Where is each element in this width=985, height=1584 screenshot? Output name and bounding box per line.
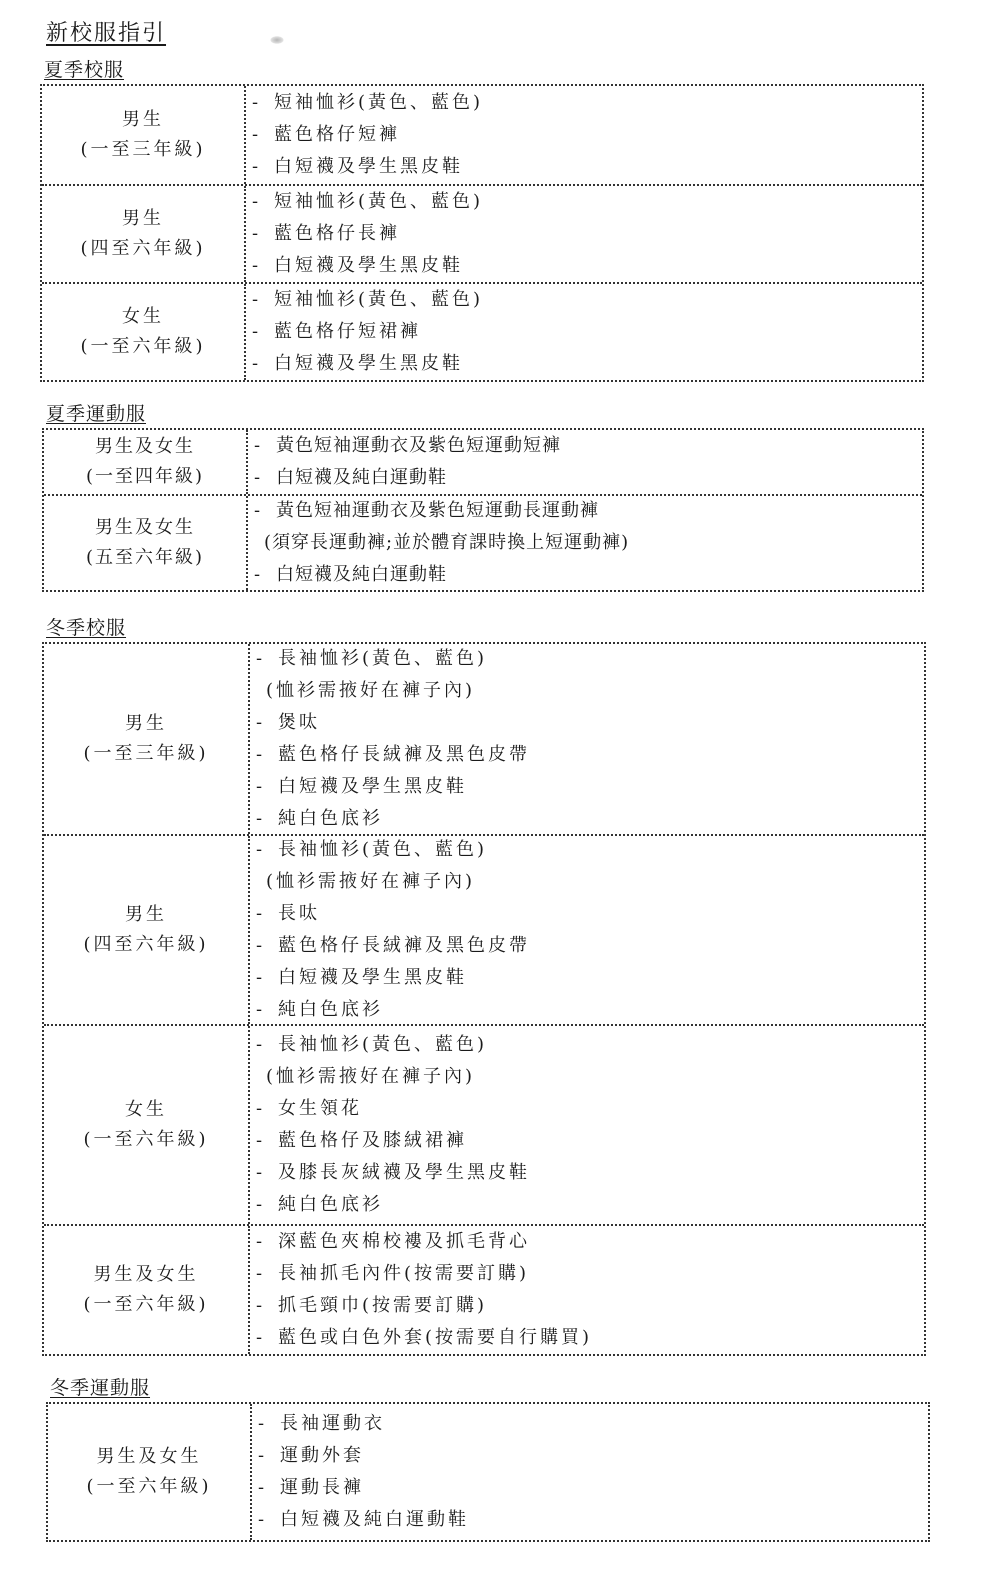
list-item: -長呔	[256, 898, 924, 930]
list-item: -及膝長灰絨襪及學生黑皮鞋	[256, 1157, 924, 1189]
group-label: 男生	[122, 105, 164, 135]
bullet-dash: -	[258, 1504, 280, 1536]
section-summer-sportswear: 夏季運動服 男生及女生 (一至四年級) -黃色短袖運動衣及紫色短運動短褲 -白短…	[42, 402, 924, 592]
bullet-dash: -	[254, 430, 276, 462]
group-cell: 男生 (四至六年級)	[42, 186, 246, 282]
bullet-dash: -	[256, 930, 278, 962]
grade-label: (一至六年級)	[83, 1290, 208, 1320]
group-cell: 男生及女生 (一至六年級)	[48, 1404, 252, 1540]
list-item: -藍色格仔及膝絨裙褲	[256, 1125, 924, 1157]
bullet-dash: -	[254, 559, 276, 591]
group-label: 女生	[122, 302, 164, 332]
bullet-dash: -	[258, 1440, 280, 1472]
section-winter-uniform: 冬季校服 男生 (一至三年級) -長袖恤衫(黃色、藍色) (恤衫需掖好在褲子內)…	[42, 616, 926, 1356]
table-row: 男生及女生 (一至六年級) -長袖運動衣 -運動外套 -運動長褲 -白短襪及純白…	[48, 1404, 928, 1540]
bullet-dash: -	[252, 151, 274, 183]
group-cell: 女生 (一至六年級)	[44, 1026, 250, 1224]
list-item: -白短襪及純白運動鞋	[258, 1504, 928, 1536]
group-label: 女生	[125, 1095, 167, 1125]
table-row: 男生 (一至三年級) -長袖恤衫(黃色、藍色) (恤衫需掖好在褲子內) -煲呔 …	[44, 644, 924, 834]
items-cell: -黃色短袖運動衣及紫色短運動長運動褲 (須穿長運動褲;並於體育課時換上短運動褲)…	[248, 496, 922, 590]
table-row: 男生 (四至六年級) -短袖恤衫(黃色、藍色) -藍色格仔長褲 -白短襪及學生黑…	[42, 184, 922, 282]
list-item: -抓毛頸巾(按需要訂購)	[256, 1290, 924, 1322]
note-text: (須穿長運動褲;並於體育課時換上短運動褲)	[254, 527, 922, 559]
bullet-dash: -	[252, 218, 274, 250]
section-title: 冬季校服	[46, 616, 926, 640]
section-title: 夏季運動服	[46, 402, 924, 426]
bullet-dash: -	[252, 250, 274, 282]
bullet-dash: -	[256, 1093, 278, 1125]
table-row: 男生 (一至三年級) -短袖恤衫(黃色、藍色) -藍色格仔短褲 -白短襪及學生黑…	[42, 86, 922, 184]
list-item: -藍色格仔長褲	[252, 218, 922, 250]
group-cell: 男生 (四至六年級)	[44, 836, 250, 1024]
bullet-dash: -	[256, 1029, 278, 1061]
bullet-dash: -	[256, 1290, 278, 1322]
list-item: -深藍色夾棉校褸及抓毛背心	[256, 1226, 924, 1258]
group-cell: 男生 (一至三年級)	[44, 644, 250, 834]
group-cell: 男生及女生 (五至六年級)	[44, 496, 248, 590]
list-item: -白短襪及學生黑皮鞋	[252, 151, 922, 183]
bullet-dash: -	[256, 1189, 278, 1221]
items-cell: -短袖恤衫(黃色、藍色) -藍色格仔短裙褲 -白短襪及學生黑皮鞋	[246, 284, 922, 380]
bullet-dash: -	[256, 1322, 278, 1354]
list-item: -白短襪及學生黑皮鞋	[256, 771, 924, 803]
section-summer-uniform: 夏季校服 男生 (一至三年級) -短袖恤衫(黃色、藍色) -藍色格仔短褲 -白短…	[40, 58, 924, 382]
list-item: -煲呔	[256, 707, 924, 739]
list-item: -黃色短袖運動衣及紫色短運動長運動褲	[254, 495, 922, 527]
bullet-dash: -	[256, 898, 278, 930]
items-cell: -黃色短袖運動衣及紫色短運動短褲 -白短襪及純白運動鞋	[248, 430, 922, 494]
bullet-dash: -	[256, 771, 278, 803]
list-item: -短袖恤衫(黃色、藍色)	[252, 87, 922, 119]
bullet-dash: -	[252, 87, 274, 119]
group-label: 男生及女生	[95, 513, 195, 543]
page-title: 新校服指引	[46, 16, 166, 47]
list-item: -長袖恤衫(黃色、藍色)	[256, 643, 924, 675]
section-winter-sportswear: 冬季運動服 男生及女生 (一至六年級) -長袖運動衣 -運動外套 -運動長褲 -…	[46, 1376, 930, 1542]
bullet-dash: -	[256, 803, 278, 835]
list-item: -白短襪及學生黑皮鞋	[252, 348, 922, 380]
list-item: -長袖恤衫(黃色、藍色)	[256, 834, 924, 866]
grade-label: (一至三年級)	[80, 135, 205, 165]
bullet-dash: -	[252, 186, 274, 218]
bullet-dash: -	[252, 284, 274, 316]
bullet-dash: -	[256, 1226, 278, 1258]
table-row: 女生 (一至六年級) -長袖恤衫(黃色、藍色) (恤衫需掖好在褲子內) -女生領…	[44, 1024, 924, 1224]
table-row: 女生 (一至六年級) -短袖恤衫(黃色、藍色) -藍色格仔短裙褲 -白短襪及學生…	[42, 282, 922, 380]
list-item: -白短襪及純白運動鞋	[254, 559, 922, 591]
list-item: -長袖恤衫(黃色、藍色)	[256, 1029, 924, 1061]
table-row: 男生及女生 (一至六年級) -深藍色夾棉校褸及抓毛背心 -長袖抓毛內件(按需要訂…	[44, 1224, 924, 1354]
grade-label: (一至六年級)	[86, 1472, 211, 1502]
list-item: -白短襪及純白運動鞋	[254, 462, 922, 494]
grade-label: (一至三年級)	[83, 739, 208, 769]
bullet-dash: -	[252, 348, 274, 380]
grade-label: (一至四年級)	[86, 462, 204, 492]
list-item: -女生領花	[256, 1093, 924, 1125]
list-item: -長袖抓毛內件(按需要訂購)	[256, 1258, 924, 1290]
items-cell: -長袖恤衫(黃色、藍色) (恤衫需掖好在褲子內) -煲呔 -藍色格仔長絨褲及黑色…	[250, 644, 924, 834]
items-cell: -長袖恤衫(黃色、藍色) (恤衫需掖好在褲子內) -女生領花 -藍色格仔及膝絨裙…	[250, 1026, 924, 1224]
grade-label: (一至六年級)	[80, 332, 205, 362]
list-item: -藍色格仔短裙褲	[252, 316, 922, 348]
bullet-dash: -	[256, 994, 278, 1026]
list-item: -長袖運動衣	[258, 1408, 928, 1440]
list-item: -短袖恤衫(黃色、藍色)	[252, 284, 922, 316]
grade-label: (一至六年級)	[83, 1125, 208, 1155]
group-label: 男生及女生	[95, 432, 195, 462]
bullet-dash: -	[256, 1157, 278, 1189]
grade-label: (四至六年級)	[83, 930, 208, 960]
bullet-dash: -	[256, 1258, 278, 1290]
table-row: 男生及女生 (一至四年級) -黃色短袖運動衣及紫色短運動短褲 -白短襪及純白運動…	[44, 430, 922, 494]
uniform-table: 男生 (一至三年級) -長袖恤衫(黃色、藍色) (恤衫需掖好在褲子內) -煲呔 …	[42, 642, 926, 1356]
list-item: -藍色格仔短褲	[252, 119, 922, 151]
items-cell: -長袖恤衫(黃色、藍色) (恤衫需掖好在褲子內) -長呔 -藍色格仔長絨褲及黑色…	[250, 836, 924, 1024]
list-item: -純白色底衫	[256, 1189, 924, 1221]
bullet-dash: -	[256, 1125, 278, 1157]
group-label: 男生及女生	[97, 1442, 202, 1472]
scan-smudge	[270, 36, 284, 44]
table-row: 男生 (四至六年級) -長袖恤衫(黃色、藍色) (恤衫需掖好在褲子內) -長呔 …	[44, 834, 924, 1024]
list-item: -運動外套	[258, 1440, 928, 1472]
list-item: -藍色格仔長絨褲及黑色皮帶	[256, 739, 924, 771]
bullet-dash: -	[252, 119, 274, 151]
bullet-dash: -	[252, 316, 274, 348]
note-text: (恤衫需掖好在褲子內)	[256, 1061, 924, 1093]
group-label: 男生	[125, 709, 167, 739]
bullet-dash: -	[254, 495, 276, 527]
section-title: 夏季校服	[44, 58, 924, 82]
note-text: (恤衫需掖好在褲子內)	[256, 675, 924, 707]
grade-label: (五至六年級)	[86, 543, 204, 573]
bullet-dash: -	[258, 1472, 280, 1504]
uniform-table: 男生及女生 (一至四年級) -黃色短袖運動衣及紫色短運動短褲 -白短襪及純白運動…	[42, 428, 924, 592]
bullet-dash: -	[254, 462, 276, 494]
bullet-dash: -	[256, 739, 278, 771]
uniform-table: 男生及女生 (一至六年級) -長袖運動衣 -運動外套 -運動長褲 -白短襪及純白…	[46, 1402, 930, 1542]
list-item: -白短襪及學生黑皮鞋	[256, 962, 924, 994]
group-label: 男生	[125, 900, 167, 930]
items-cell: -長袖運動衣 -運動外套 -運動長褲 -白短襪及純白運動鞋	[252, 1404, 928, 1540]
group-label: 男生	[122, 204, 164, 234]
group-cell: 女生 (一至六年級)	[42, 284, 246, 380]
grade-label: (四至六年級)	[80, 234, 205, 264]
items-cell: -深藍色夾棉校褸及抓毛背心 -長袖抓毛內件(按需要訂購) -抓毛頸巾(按需要訂購…	[250, 1226, 924, 1354]
list-item: -運動長褲	[258, 1472, 928, 1504]
list-item: -短袖恤衫(黃色、藍色)	[252, 186, 922, 218]
list-item: -藍色格仔長絨褲及黑色皮帶	[256, 930, 924, 962]
group-cell: 男生及女生 (一至六年級)	[44, 1226, 250, 1354]
bullet-dash: -	[256, 643, 278, 675]
bullet-dash: -	[256, 834, 278, 866]
uniform-table: 男生 (一至三年級) -短袖恤衫(黃色、藍色) -藍色格仔短褲 -白短襪及學生黑…	[40, 84, 924, 382]
group-cell: 男生及女生 (一至四年級)	[44, 430, 248, 494]
group-label: 男生及女生	[94, 1260, 199, 1290]
list-item: -藍色或白色外套(按需要自行購買)	[256, 1322, 924, 1354]
list-item: -純白色底衫	[256, 803, 924, 835]
items-cell: -短袖恤衫(黃色、藍色) -藍色格仔長褲 -白短襪及學生黑皮鞋	[246, 186, 922, 282]
note-text: (恤衫需掖好在褲子內)	[256, 866, 924, 898]
items-cell: -短袖恤衫(黃色、藍色) -藍色格仔短褲 -白短襪及學生黑皮鞋	[246, 86, 922, 184]
bullet-dash: -	[258, 1408, 280, 1440]
group-cell: 男生 (一至三年級)	[42, 86, 246, 184]
bullet-dash: -	[256, 962, 278, 994]
section-title: 冬季運動服	[50, 1376, 930, 1400]
table-row: 男生及女生 (五至六年級) -黃色短袖運動衣及紫色短運動長運動褲 (須穿長運動褲…	[44, 494, 922, 590]
bullet-dash: -	[256, 707, 278, 739]
list-item: -黃色短袖運動衣及紫色短運動短褲	[254, 430, 922, 462]
list-item: -純白色底衫	[256, 994, 924, 1026]
list-item: -白短襪及學生黑皮鞋	[252, 250, 922, 282]
